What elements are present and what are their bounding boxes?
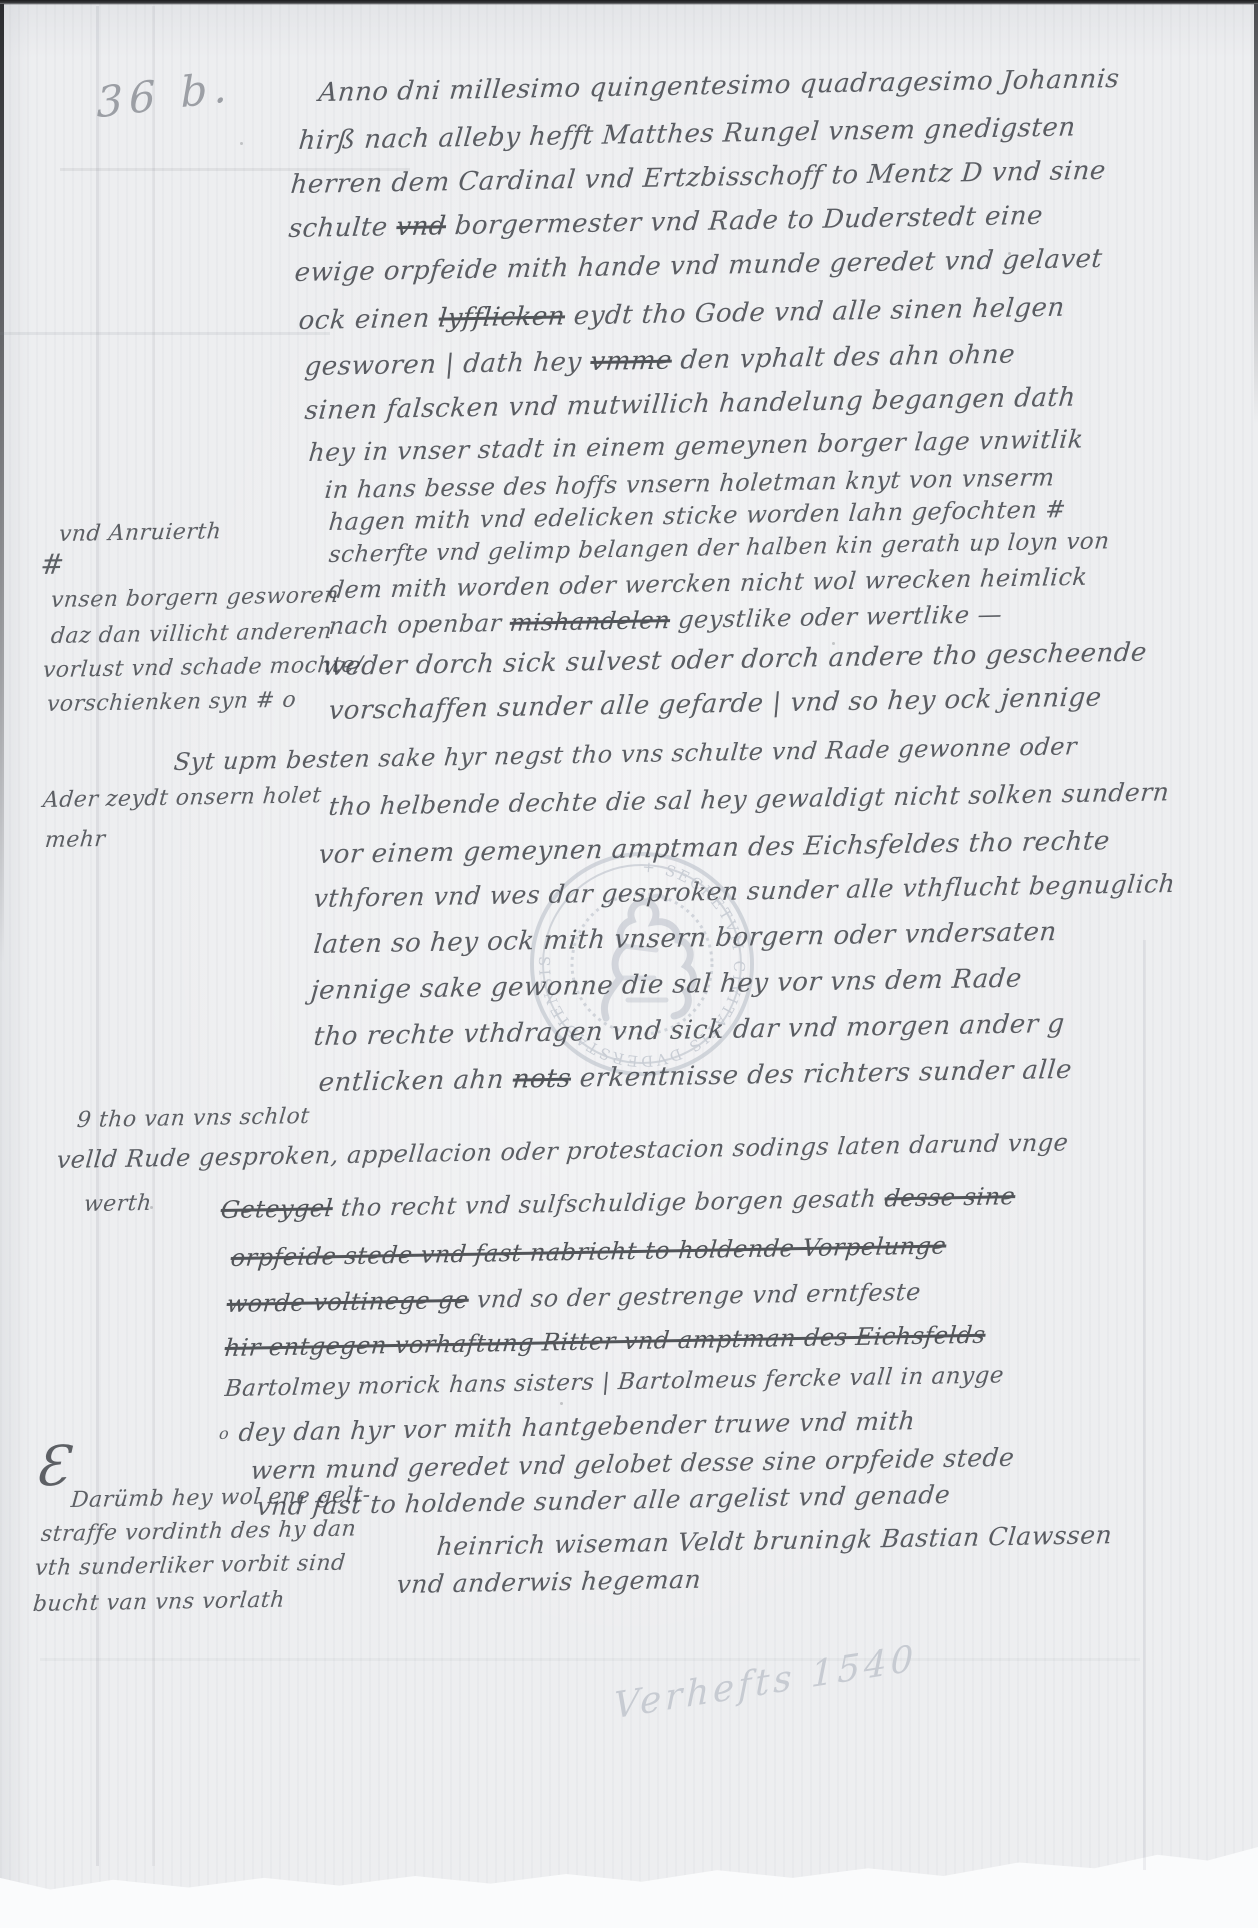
fold-line xyxy=(152,6,155,1866)
text-segment: vnd Anruierth xyxy=(58,519,223,547)
margin-note-line: werth xyxy=(83,1191,153,1217)
struck-text: Geteygel xyxy=(220,1194,334,1224)
struck-text: nots xyxy=(512,1064,573,1095)
scan-edge-left xyxy=(0,4,4,964)
scan-edge-right xyxy=(1254,4,1258,424)
text-segment: entlicken ahn xyxy=(317,1065,514,1098)
margin-note-line: Ader zeydt onsern holet xyxy=(42,783,323,813)
text-segment: vnsen borgern gesworen xyxy=(50,583,340,613)
margin-note-line: Ɛ xyxy=(34,1434,70,1500)
fold-line xyxy=(96,6,99,1866)
text-segment: mehr xyxy=(44,827,107,853)
margin-note-line: daz dan villicht anderen xyxy=(50,619,333,649)
text-segment: geystlike oder wertlike — xyxy=(669,600,1004,634)
text-segment: o xyxy=(218,1424,230,1443)
scanned-page: + SECRETVM CIVITATIS DVDERSTADIENSIS 36 … xyxy=(0,0,1258,1928)
text-segment: daz dan villicht anderen xyxy=(50,619,333,649)
text-segment: vnd anderwis hegeman xyxy=(395,1565,702,1599)
scan-edge-top xyxy=(0,0,1258,5)
text-segment: Darümb hey wol ene gelt- xyxy=(70,1483,372,1513)
margin-note-line: bucht van vns vorlath xyxy=(32,1588,286,1617)
text-segment: # xyxy=(39,548,66,581)
margin-note-line: o xyxy=(218,1424,230,1443)
fold-line xyxy=(1143,940,1146,1870)
crease-line xyxy=(40,1658,1140,1661)
text-segment: 9 tho van vns schlot xyxy=(76,1104,311,1133)
text-segment: Ɛ xyxy=(34,1434,70,1500)
text-segment: werth xyxy=(83,1191,153,1217)
struck-text: lyfflicken xyxy=(437,301,566,333)
manuscript-line: vnd anderwis hegeman xyxy=(395,1565,702,1599)
struck-text: vnd xyxy=(395,211,447,242)
margin-note-line: mehr xyxy=(44,827,107,853)
margin-note-line: Darümb hey wol ene gelt- xyxy=(70,1483,372,1513)
margin-note-line: vnsen borgern gesworen xyxy=(50,583,340,613)
text-segment: den vphalt des ahn ohne xyxy=(671,340,1017,376)
margin-note-line: # xyxy=(39,548,66,581)
margin-note-line: 9 tho van vns schlot xyxy=(76,1104,311,1133)
text-segment: nach openbar xyxy=(328,609,511,640)
struck-text: vmme xyxy=(589,346,673,377)
margin-note-line: vnd Anruierth xyxy=(58,519,223,547)
struck-text: desse sine xyxy=(883,1182,1016,1212)
margin-note-line: vorschienken syn # o xyxy=(46,688,297,717)
crease-line xyxy=(0,332,330,335)
speckle xyxy=(560,1402,563,1405)
text-segment: schulte xyxy=(287,212,397,244)
text-segment: vorschienken syn # o xyxy=(46,688,297,717)
text-segment: Ader zeydt onsern holet xyxy=(42,783,323,813)
struck-text: mishandelen xyxy=(509,606,672,637)
text-segment: gesworen | dath hey xyxy=(303,347,591,382)
speckle xyxy=(240,142,243,145)
text-segment: bucht van vns vorlath xyxy=(32,1588,286,1617)
struck-text: worde voltinege ge xyxy=(226,1286,471,1318)
text-segment: ock einen xyxy=(297,304,440,336)
